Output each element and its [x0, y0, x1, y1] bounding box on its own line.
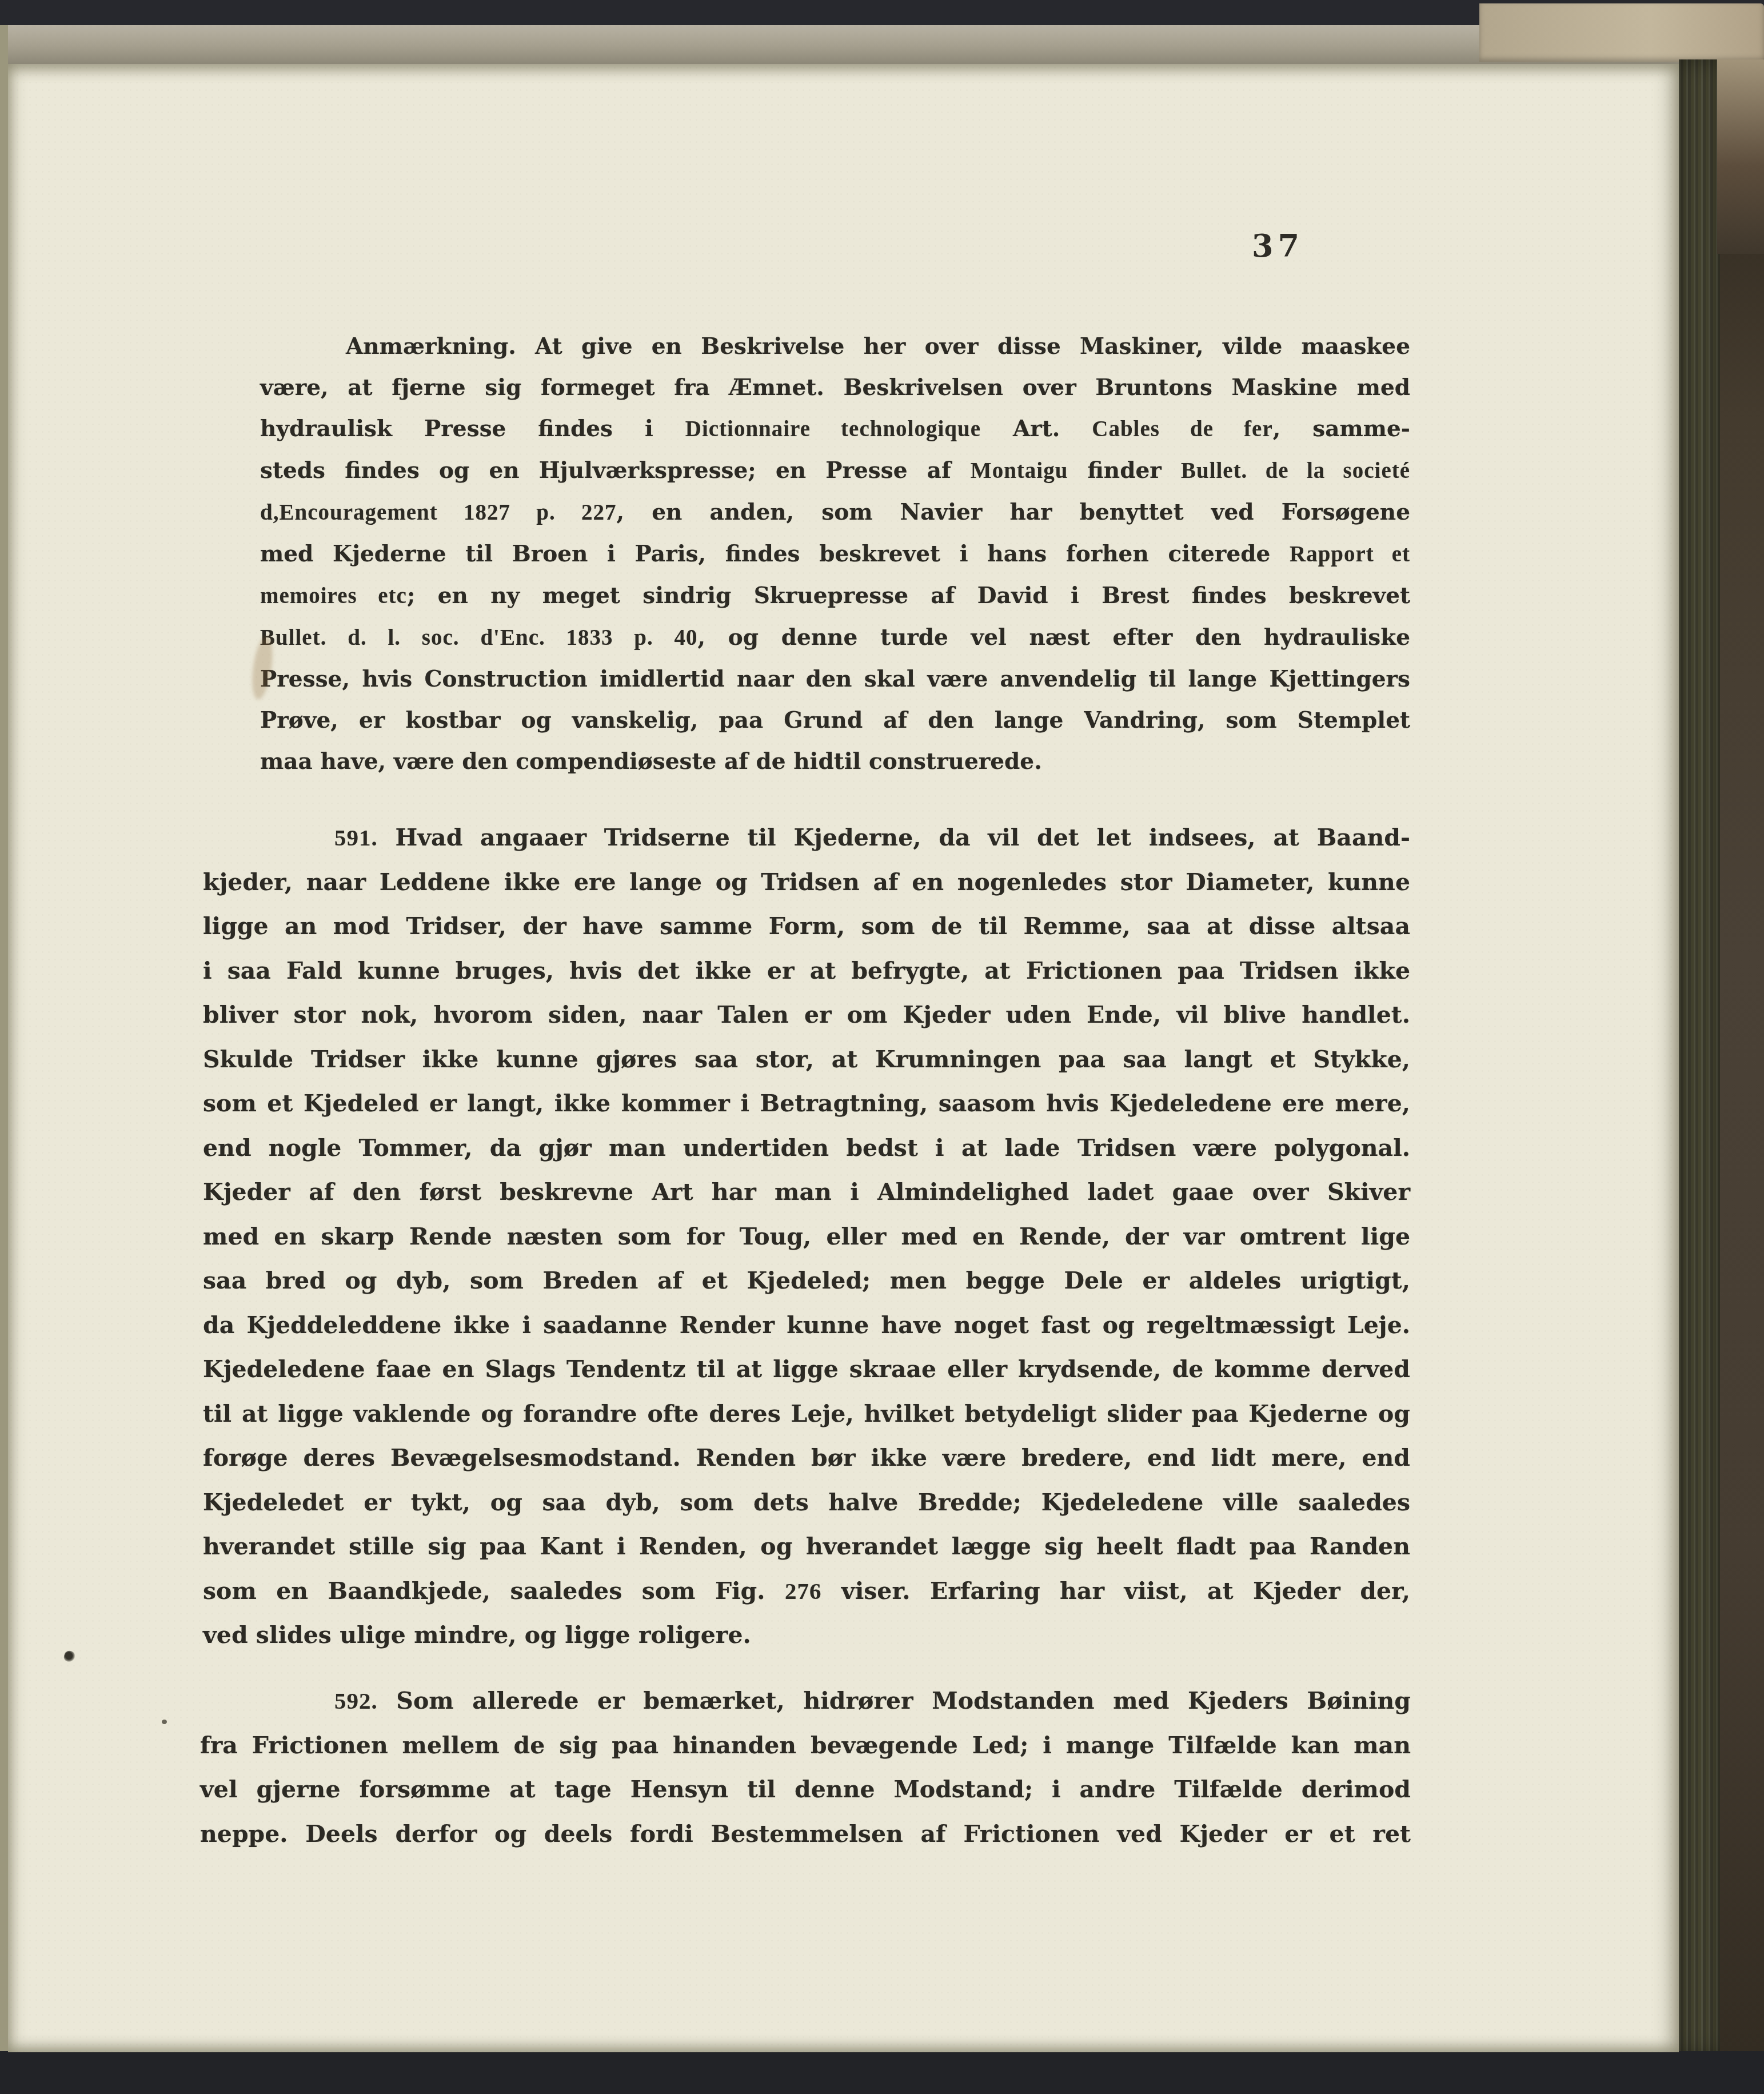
antiqua-text: Bullet. de la societé	[1181, 458, 1410, 483]
fraktur-text: vel gjerne forsømme at tage Hensyn til d…	[200, 1776, 1411, 1803]
antiqua-text: Rapport et	[1290, 542, 1410, 567]
fraktur-text: forøge deres Bevægelsesmodstand. Renden …	[203, 1444, 1410, 1471]
antiqua-text: memoires etc	[260, 584, 407, 608]
fraktur-text: hverandet stille sig paa Kant i Renden, …	[203, 1533, 1410, 1560]
fraktur-text: Hvad angaaer Tridserne til Kjederne, da …	[378, 824, 1410, 851]
text-line: forøge deres Bevægelsesmodstand. Renden …	[203, 1436, 1410, 1481]
text-line: fra Frictionen mellem de sig paa hinande…	[200, 1724, 1411, 1768]
fraktur-text: , en anden, som Navier har benyttet ved …	[617, 499, 1410, 525]
fraktur-text: være, at fjerne sig formeget fra Æmnet. …	[260, 374, 1410, 401]
antiqua-text: d,Encouragement 1827 p. 227	[260, 500, 617, 525]
fraktur-text: hydraulisk Presse findes i	[260, 416, 685, 442]
page-block-right-edge	[1679, 59, 1720, 2056]
fraktur-text: som en Baandkjede, saaledes som Fig.	[203, 1577, 785, 1605]
text-line: neppe. Deels derfor og deels fordi Beste…	[200, 1812, 1411, 1857]
fraktur-text: Art.	[981, 416, 1092, 442]
fraktur-text: kjeder, naar Leddene ikke ere lange og T…	[203, 868, 1410, 896]
text-line: i saa Fald kunne bruges, hvis det ikke e…	[203, 949, 1410, 994]
text-line: end nogle Tommer, da gjør man undertiden…	[203, 1126, 1410, 1171]
fraktur-text: saa bred og dyb, som Breden af et Kjedel…	[203, 1267, 1410, 1294]
text-line: memoires etc; en ny meget sindrig Skruep…	[260, 575, 1410, 617]
fraktur-text: til at ligge vaklende og forandre ofte d…	[203, 1400, 1410, 1427]
scanned-book-photo: 37 Anmærkning. At give en Beskrivelse he…	[0, 0, 1764, 2094]
text-line: hydraulisk Presse findes i Dictionnaire …	[260, 408, 1410, 450]
text-line: være, at fjerne sig formeget fra Æmnet. …	[260, 367, 1410, 408]
fraktur-text: maa have, være den compendiøseste af de …	[260, 748, 1042, 775]
fraktur-text: med en skarp Rende næsten som for Toug, …	[203, 1223, 1410, 1250]
fraktur-text: end nogle Tommer, da gjør man undertiden…	[203, 1134, 1410, 1162]
fraktur-text: Prøve, er kostbar og vanskelig, paa Grun…	[260, 707, 1410, 733]
text-line: Kjeder af den først beskrevne Art har ma…	[203, 1170, 1410, 1215]
text-line: med Kjederne til Broen i Paris, findes b…	[260, 533, 1410, 575]
fraktur-text: steds findes og en Hjulværkspresse; en P…	[260, 457, 971, 484]
text-line: maa have, være den compendiøseste af de …	[260, 741, 1410, 782]
antiqua-text: Montaigu	[971, 458, 1068, 483]
fraktur-text: Skulde Tridser ikke kunne gjøres saa sto…	[203, 1046, 1410, 1073]
antiqua-text: Cables de fer	[1092, 417, 1272, 441]
page-left-edge-strip	[0, 25, 8, 2060]
fraktur-text: da Kjeddeleddene ikke i saadanne Render …	[203, 1311, 1410, 1339]
fraktur-text: neppe. Deels derfor og deels fordi Beste…	[200, 1820, 1411, 1848]
text-line: Prøve, er kostbar og vanskelig, paa Grun…	[260, 700, 1410, 741]
text-line: ved slides ulige mindre, og ligge rolige…	[203, 1613, 1410, 1658]
antiqua-text: 591.	[334, 824, 378, 851]
fraktur-text: viser. Erfaring har viist, at Kjeder der…	[821, 1577, 1410, 1605]
fraktur-text: fra Frictionen mellem de sig paa hinande…	[200, 1732, 1411, 1759]
book-cover-bottom-edge	[0, 2051, 1764, 2094]
antiqua-text: Dictionnaire technologique	[685, 417, 981, 441]
paragraph-592: 592. Som allerede er bemærket, hidrører …	[200, 1679, 1411, 1856]
text-line: med en skarp Rende næsten som for Toug, …	[203, 1215, 1410, 1259]
paragraph-591: 591. Hvad angaaer Tridserne til Kjederne…	[203, 816, 1410, 1658]
antiqua-text: Bullet. d. l. soc. d'Enc. 1833 p. 40	[260, 625, 698, 650]
text-line: Presse, hvis Construction imidlertid naa…	[260, 659, 1410, 700]
fraktur-text: Som allerede er bemærket, hidrører Modst…	[378, 1687, 1411, 1714]
book-page: 37 Anmærkning. At give en Beskrivelse he…	[8, 64, 1679, 2052]
fraktur-text: ved slides ulige mindre, og ligge rolige…	[203, 1621, 751, 1649]
fraktur-text: ligge an mod Tridser, der have samme For…	[203, 912, 1410, 940]
fraktur-text: Presse, hvis Construction imidlertid naa…	[260, 666, 1410, 692]
text-line: Kjedeledene faae en Slags Tendentz til a…	[203, 1347, 1410, 1392]
text-line: til at ligge vaklende og forandre ofte d…	[203, 1392, 1410, 1437]
text-line: ligge an mod Tridser, der have samme For…	[203, 904, 1410, 949]
fraktur-text: , samme-	[1273, 416, 1410, 442]
text-line: hverandet stille sig paa Kant i Renden, …	[203, 1525, 1410, 1569]
antiqua-text: 276	[785, 1578, 822, 1604]
fraktur-text: med Kjederne til Broen i Paris, findes b…	[260, 541, 1290, 567]
book-board-corner	[1479, 3, 1764, 62]
text-line: Kjedeledet er tykt, og saa dyb, som dets…	[203, 1481, 1410, 1525]
fraktur-text: , og denne turde vel næst efter den hydr…	[698, 624, 1410, 651]
book-cover-right-shadow	[1720, 59, 1764, 2056]
page-number: 37	[1252, 228, 1304, 264]
text-line: kjeder, naar Leddene ikke ere lange og T…	[203, 860, 1410, 905]
text-line: som et Kjedeled er langt, ikke kommer i …	[203, 1082, 1410, 1126]
text-line: 591. Hvad angaaer Tridserne til Kjederne…	[203, 816, 1410, 860]
fraktur-text: Kjedeledet er tykt, og saa dyb, som dets…	[203, 1489, 1410, 1516]
note-anmaerkning: Anmærkning. At give en Beskrivelse her o…	[260, 326, 1410, 782]
text-line: steds findes og en Hjulværkspresse; en P…	[260, 450, 1410, 492]
text-line: da Kjeddeleddene ikke i saadanne Render …	[203, 1303, 1410, 1348]
fraktur-text: i saa Fald kunne bruges, hvis det ikke e…	[203, 957, 1410, 984]
text-line: vel gjerne forsømme at tage Hensyn til d…	[200, 1768, 1411, 1812]
text-line: 592. Som allerede er bemærket, hidrører …	[200, 1679, 1411, 1724]
fraktur-text: bliver stor nok, hvorom siden, naar Tale…	[203, 1001, 1410, 1028]
ink-blot	[62, 1649, 77, 1664]
fraktur-text: som et Kjedeled er langt, ikke kommer i …	[203, 1090, 1410, 1117]
fraktur-text: Kjeder af den først beskrevne Art har ma…	[203, 1178, 1410, 1206]
board-corner-wedge	[1717, 59, 1764, 254]
text-line: Skulde Tridser ikke kunne gjøres saa sto…	[203, 1038, 1410, 1082]
text-line: bliver stor nok, hvorom siden, naar Tale…	[203, 993, 1410, 1038]
text-line: Anmærkning. At give en Beskrivelse her o…	[260, 326, 1410, 367]
fraktur-text: Kjedeledene faae en Slags Tendentz til a…	[203, 1355, 1410, 1383]
fraktur-text: finder	[1068, 457, 1181, 484]
ink-dot	[162, 1720, 167, 1724]
book-board-top-band	[0, 25, 1695, 69]
text-line: som en Baandkjede, saaledes som Fig. 276…	[203, 1569, 1410, 1614]
text-line: saa bred og dyb, som Breden af et Kjedel…	[203, 1259, 1410, 1303]
text-line: Bullet. d. l. soc. d'Enc. 1833 p. 40, og…	[260, 617, 1410, 659]
antiqua-text: 592.	[334, 1688, 378, 1714]
fraktur-text: ; en ny meget sindrig Skruepresse af Dav…	[407, 583, 1410, 609]
fraktur-text: Anmærkning. At give en Beskrivelse her o…	[346, 333, 1410, 360]
text-line: d,Encouragement 1827 p. 227, en anden, s…	[260, 492, 1410, 533]
